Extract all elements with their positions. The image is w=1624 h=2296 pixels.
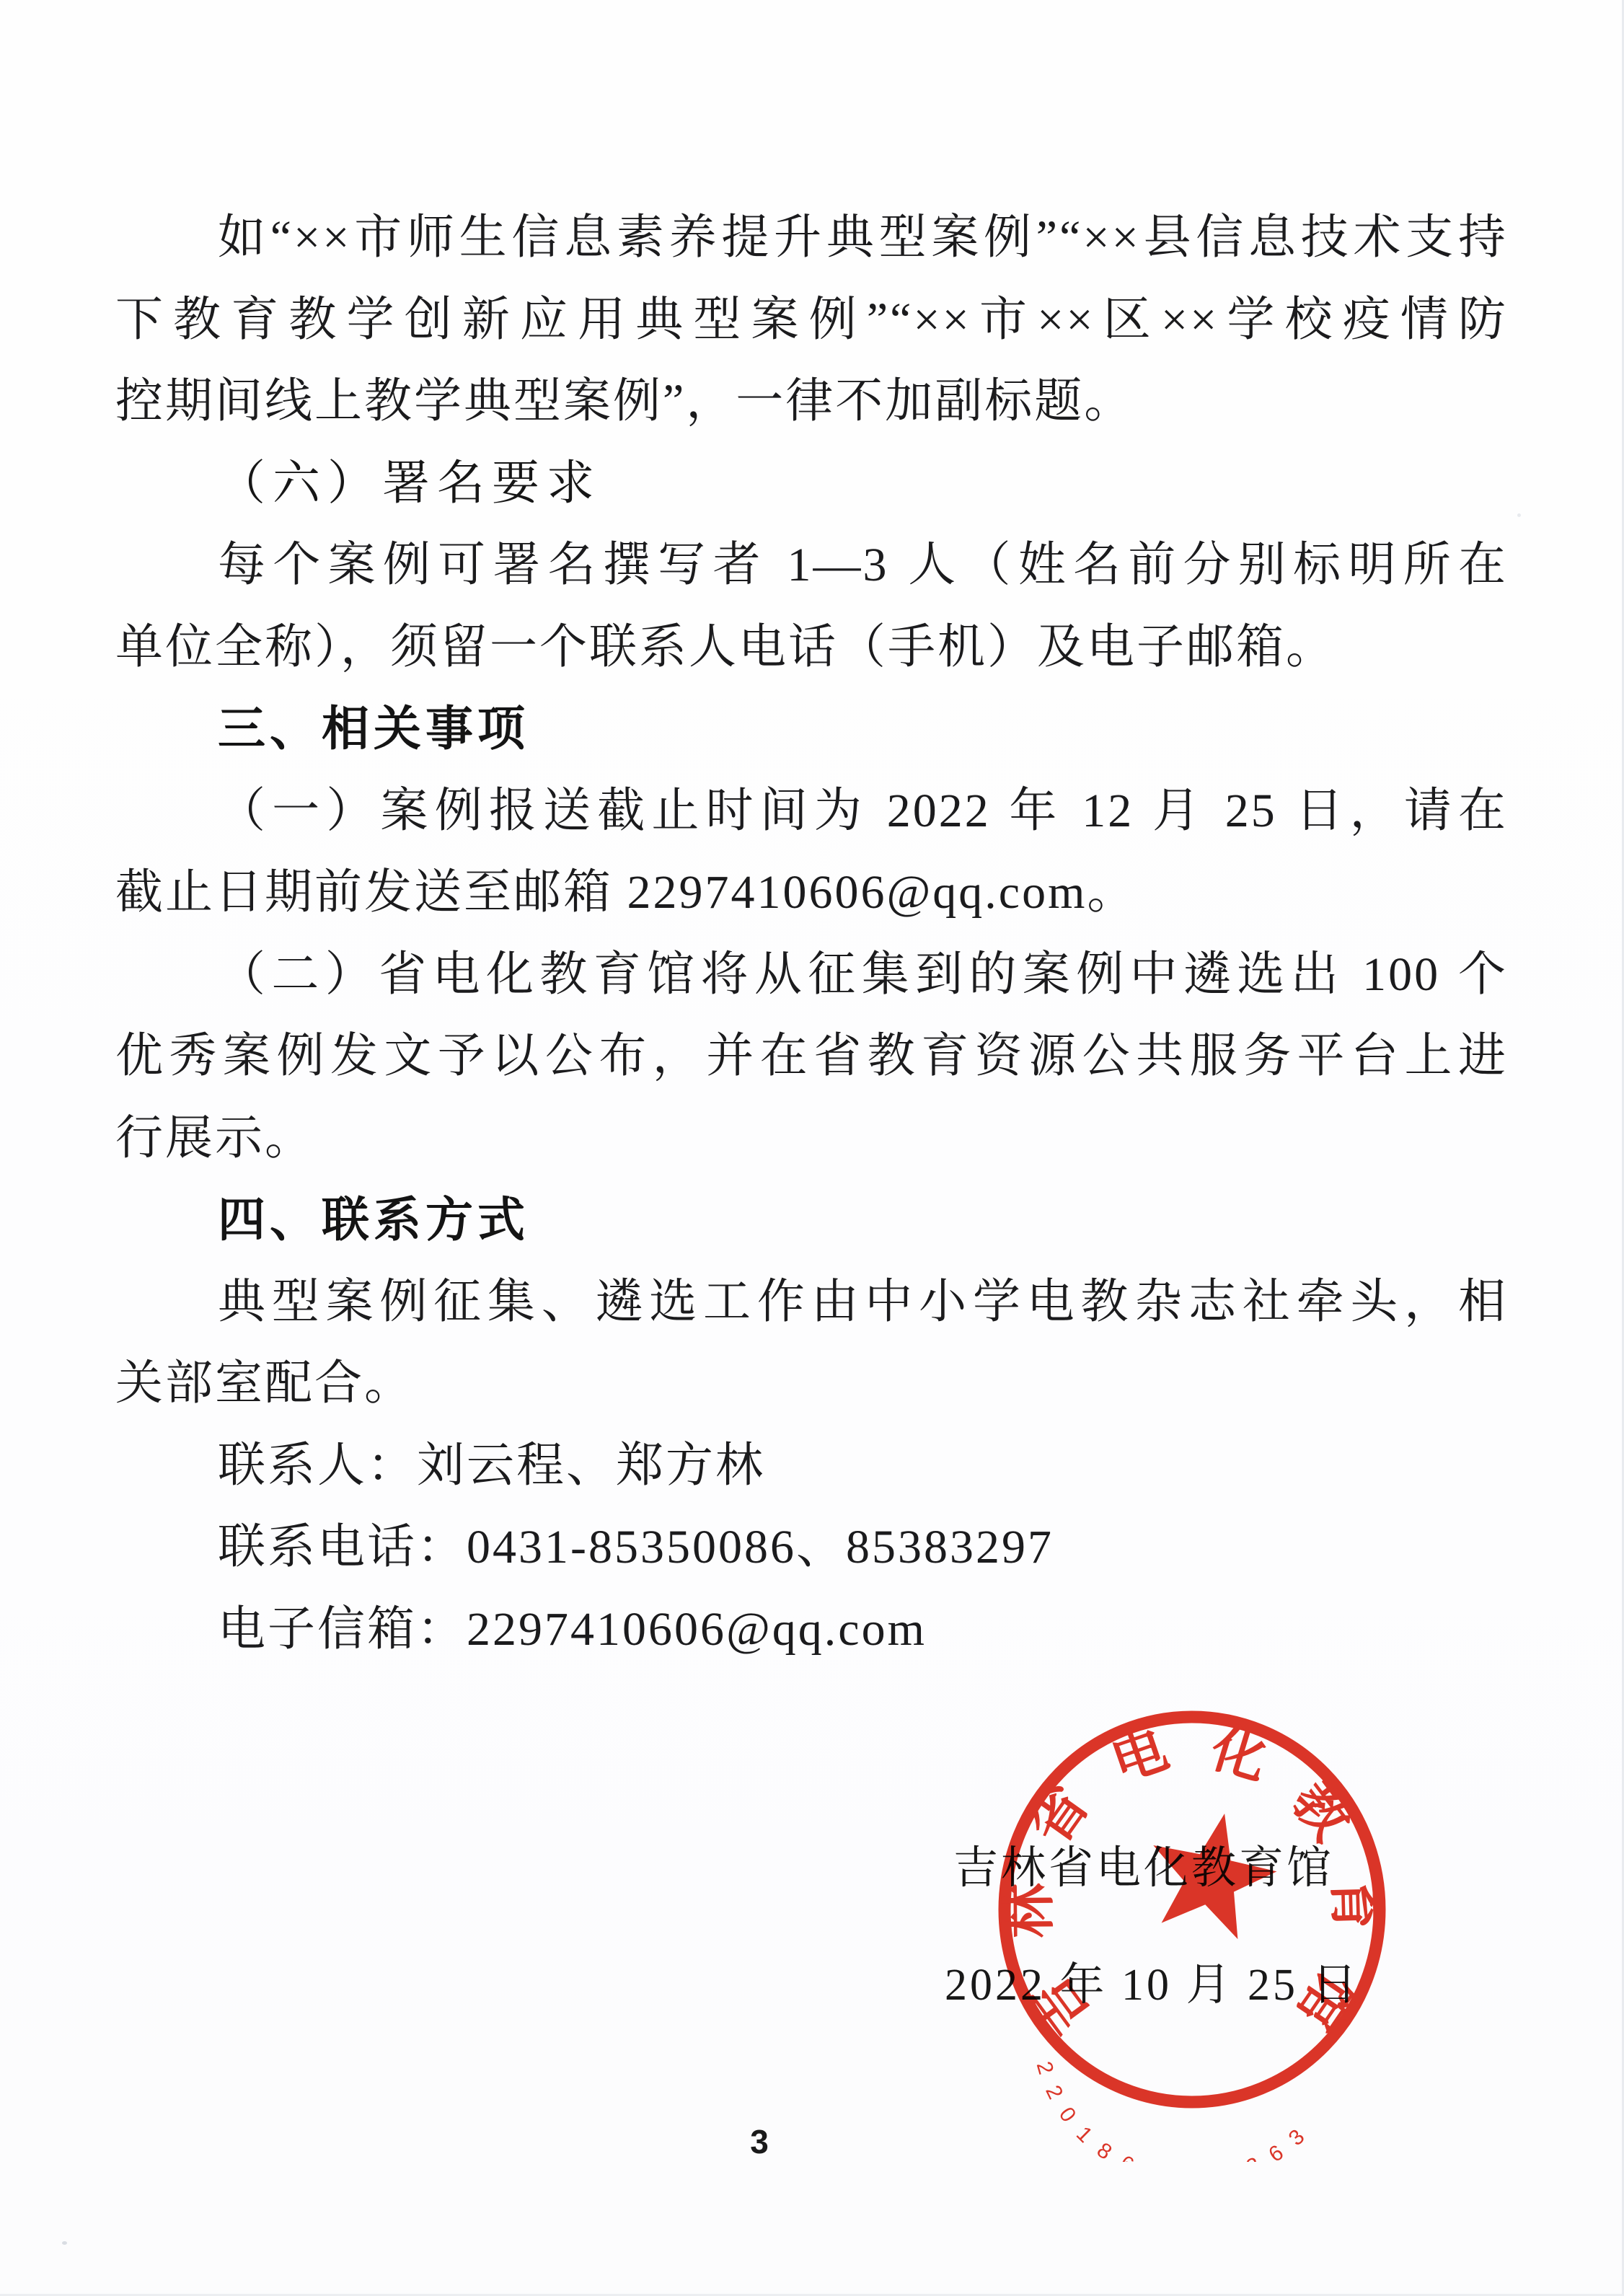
document-page: 如“××市师生信息素养提升典型案例”“××县信息技术支持 下教育教学创新应用典型… xyxy=(0,0,1624,2296)
contact-person-line: 联系人：刘云程、郑方林 xyxy=(115,1425,1508,1507)
seal-serial-number: 2201860000363 xyxy=(1032,2059,1310,2162)
page-number: 3 xyxy=(734,2122,785,2161)
text-line: 行展示。 xyxy=(115,1098,1508,1180)
text-line: 截止日期前发送至邮箱 2297410606@qq.com。 xyxy=(115,852,1508,934)
text-line: 每个案例可署名撰写者 1—3 人（姓名前分别标明所在 xyxy=(115,524,1508,606)
seal-star-icon xyxy=(1153,1814,1276,1939)
text-line: 优秀案例发文予以公布，并在省教育资源公共服务平台上进 xyxy=(115,1015,1508,1098)
subsection-heading: （六）署名要求 xyxy=(115,443,1508,525)
text-line: 下教育教学创新应用典型案例”“××市××区××学校疫情防 xyxy=(115,279,1508,361)
section-heading: 三、相关事项 xyxy=(115,688,1508,770)
contact-phone-line: 联系电话：0431-85350086、85383297 xyxy=(115,1506,1508,1589)
text-line: 单位全称），须留一个联系人电话（手机）及电子邮箱。 xyxy=(115,606,1508,689)
text-line: 如“××市师生信息素养提升典型案例”“××县信息技术支持 xyxy=(115,197,1508,279)
text-line: 控期间线上教学典型案例”，一律不加副标题。 xyxy=(115,361,1508,443)
text-line: 关部室配合。 xyxy=(115,1343,1508,1425)
seal-serial-element: 2201860000363 xyxy=(1032,2059,1310,2162)
text-line: 典型案例征集、遴选工作由中小学电教杂志社牵头，相 xyxy=(115,1261,1508,1343)
official-seal: 吉林省电化教育馆 2201860000363 xyxy=(940,1657,1444,2162)
scan-speck xyxy=(62,2241,67,2245)
scan-speck xyxy=(1517,513,1521,517)
document-body: 如“××市师生信息素养提升典型案例”“××县信息技术支持 下教育教学创新应用典型… xyxy=(115,197,1508,1670)
section-heading: 四、联系方式 xyxy=(115,1179,1508,1261)
text-line: （二）省电化教育馆将从征集到的案例中遴选出 100 个 xyxy=(115,934,1508,1016)
text-line: （一）案例报送截止时间为 2022 年 12 月 25 日，请在 xyxy=(115,770,1508,852)
